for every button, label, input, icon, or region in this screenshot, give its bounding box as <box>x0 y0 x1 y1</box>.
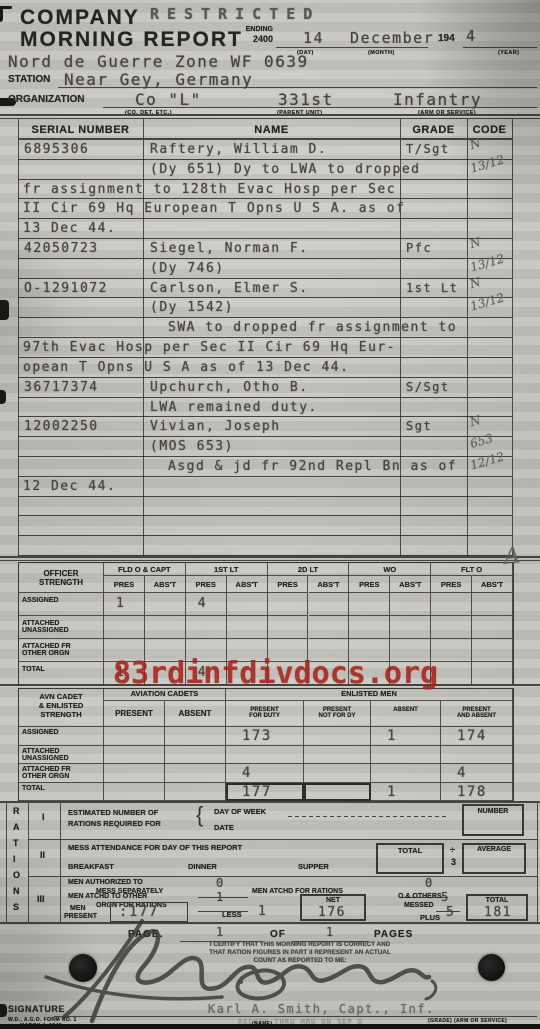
grade-value: S/Sgt <box>406 380 450 394</box>
men-present-label1: MEN <box>70 905 86 912</box>
roster-row <box>18 516 512 536</box>
entry-text: Raftery, William D. <box>150 142 327 157</box>
handwritten-annotation: A <box>503 543 521 570</box>
roster-row: Asgd & jd fr 92nd Repl Bn as of12/12 <box>18 457 512 477</box>
month-label: (MONTH) <box>368 50 395 56</box>
roster-row: (Dy 1542)13/12 <box>18 298 512 318</box>
roster-row: II Cir 69 Hq European T Opns U S A. as o… <box>18 199 512 219</box>
avn-cell <box>165 764 226 783</box>
entry-text: Siegel, Norman F. <box>150 241 309 256</box>
avn-strength-title: AVN CADET & ENLISTED STRENGTH <box>19 689 104 727</box>
avn-cell: 4 <box>441 764 513 783</box>
organization-label: ORGANIZATION <box>8 94 84 105</box>
rations-letter: I <box>13 854 16 864</box>
officer-row-label: TOTAL <box>19 662 104 685</box>
year-printed: 194 <box>438 33 455 44</box>
entry-continuation-text: II Cir 69 Hq European T Opns U S A. as o… <box>23 201 405 216</box>
average-label: AVERAGE <box>464 846 524 853</box>
serial-number: 6895306 <box>24 142 89 157</box>
form-title-line1: COMPANY <box>20 6 140 30</box>
avn-column-header: PRESENT FOR DUTY <box>226 701 304 727</box>
rations-total-value: 181 <box>484 905 512 920</box>
section-numeral-1: I <box>42 812 45 822</box>
org-parent-value: 331st <box>278 90 334 109</box>
avn-cell <box>165 783 226 802</box>
officer-cell <box>145 593 186 616</box>
date-year-value: 4 <box>466 27 477 45</box>
roster-row: SWA to dropped fr assignment to <box>18 318 512 338</box>
roster-row <box>18 497 512 517</box>
atchd-rations-value: 0 <box>425 876 434 890</box>
officer-cell <box>268 593 309 616</box>
avn-cell: 173 <box>226 727 304 746</box>
rations-letter: O <box>13 870 20 880</box>
scan-artifact <box>0 6 3 22</box>
officer-cell: 1 <box>104 593 145 616</box>
avn-cell <box>104 764 165 783</box>
officer-cell <box>472 662 513 685</box>
signature-label: SIGNATURE <box>8 1004 65 1014</box>
officer-cell <box>390 616 431 639</box>
others-messed-value: 5 <box>441 890 450 904</box>
avn-column-header: PRESENT <box>104 701 165 727</box>
roster-row: 12 Dec 44. <box>18 477 512 497</box>
roster-row: (Dy 746)13/12 <box>18 259 512 279</box>
avn-cell <box>304 746 371 765</box>
avn-cell: 1 <box>371 783 441 802</box>
roster-row: opean T Opns U S A as of 13 Dec 44. <box>18 358 512 378</box>
roster-row: fr assignment to 128th Evac Hosp per Sec <box>18 180 512 200</box>
mess-total-box: TOTAL <box>376 843 444 874</box>
entry-text: Carlson, Elmer S. <box>150 281 309 296</box>
date-day-value: 14 <box>303 29 324 47</box>
officer-cell-value: 4 <box>198 596 207 611</box>
officer-subheader: PRES <box>268 576 309 593</box>
year-label: (YEAR) <box>498 50 519 56</box>
rations-letter: N <box>13 886 20 896</box>
officer-cell <box>186 616 227 639</box>
entry-continuation-text: 97th Evac Hosp per Sec II Cir 69 Hq Eur- <box>23 340 396 355</box>
day-of-week-label: DAY OF WEEK <box>214 807 266 816</box>
entry-text: Upchurch, Otho B. <box>150 380 309 395</box>
roster-row: (MOS 653)653 <box>18 437 512 457</box>
officer-subheader: ABS'T <box>227 576 268 593</box>
avn-row-label: ASSIGNED <box>19 727 104 746</box>
net-label: NET <box>302 897 364 904</box>
auth-mess-value: 0 <box>216 876 225 890</box>
divide-symbol: ÷ <box>450 845 455 855</box>
officer-group-header: FLD O & CAPT <box>104 563 186 576</box>
officer-cell <box>472 639 513 662</box>
roster-header-grade: GRADE <box>400 124 467 136</box>
officer-subheader: ABS'T <box>390 576 431 593</box>
rations-est-label1: ESTIMATED NUMBER OF <box>68 808 158 817</box>
avn-cell: 177 <box>226 783 304 802</box>
officer-row-label: ASSIGNED <box>19 593 104 616</box>
divisor-value: 3 <box>451 857 456 867</box>
entry-text: (Dy 1542) <box>150 300 234 315</box>
avn-cell <box>304 764 371 783</box>
entry-text: SWA to dropped fr assignment to <box>168 320 457 335</box>
mess-attendance-label: MESS ATTENDANCE FOR DAY OF THIS REPORT <box>68 843 242 852</box>
roster-row <box>18 536 512 556</box>
officer-subheader: ABS'T <box>309 576 350 593</box>
average-box: AVERAGE <box>462 843 526 874</box>
roster-row: 97th Evac Hosp per Sec II Cir 69 Hq Eur- <box>18 338 512 358</box>
officer-row-label: ATTACHED UNASSIGNED <box>19 616 104 639</box>
org-arm-value: Infantry <box>393 90 482 109</box>
officer-cell <box>309 593 350 616</box>
officer-cell <box>390 593 431 616</box>
avn-cell <box>104 746 165 765</box>
avn-cell-value: 174 <box>457 728 487 744</box>
rations-total-label: TOTAL <box>468 897 526 904</box>
officer-subheader: PRES <box>349 576 390 593</box>
avn-row-label: ATTACHED FR OTHER ORGN <box>19 764 104 783</box>
roster-row: 36717374Upchurch, Otho B.S/Sgt <box>18 378 512 398</box>
date-field-label: DATE <box>214 823 234 832</box>
officer-cell <box>349 593 390 616</box>
scan-artifact <box>0 390 6 404</box>
avn-cell <box>165 727 226 746</box>
avn-cell <box>304 783 371 802</box>
entry-text: (Dy 651) Dy to LWA to dropped <box>150 162 420 177</box>
entry-continuation-text: fr assignment to 128th Evac Hosp per Sec <box>23 182 396 197</box>
morning-report-form: COMPANY MORNING REPORT RESTRICTED ENDING… <box>0 0 540 1029</box>
scan-artifact <box>0 300 9 320</box>
avn-cell: 178 <box>441 783 513 802</box>
officer-cell <box>227 616 268 639</box>
roster-row: LWA remained duty. <box>18 398 512 418</box>
zone-line: Nord de Guerre Zone WF 0639 <box>8 52 309 71</box>
officer-cell <box>431 616 472 639</box>
officer-subheader: PRES <box>186 576 227 593</box>
officer-group-header: WO <box>349 563 431 576</box>
grade-value: T/Sgt <box>406 142 450 156</box>
roster-row: (Dy 651) Dy to LWA to dropped13/12 <box>18 160 512 180</box>
roster-row: 6895306Raftery, William D.T/SgtN <box>18 140 512 160</box>
officer-strength-title: OFFICER STRENGTH <box>19 563 104 593</box>
officer-cell <box>431 593 472 616</box>
avn-cell <box>371 746 441 765</box>
officer-group-header: 2D LT <box>268 563 350 576</box>
avn-cell-value: 4 <box>242 765 252 781</box>
officer-cell: 4 <box>186 593 227 616</box>
serial-number: O-1291072 <box>24 281 108 296</box>
station-value: Near Gey, Germany <box>64 70 253 89</box>
serial-number: 42050723 <box>24 241 99 256</box>
section-numeral-3: III <box>37 894 45 904</box>
auth-mess-label1: MEN AUTHORIZED TO <box>68 879 143 886</box>
enlisted-strength-table: AVN CADET & ENLISTED STRENGTHAVIATION CA… <box>18 688 514 802</box>
avn-cell <box>226 746 304 765</box>
avn-cell-value: 173 <box>242 728 272 744</box>
grade-value: Sgt <box>406 419 432 433</box>
station-label: STATION <box>8 74 50 85</box>
officer-group-header: 1ST LT <box>186 563 268 576</box>
signed-name-typed: Karl A. Smith, Capt., Inf. <box>208 1002 435 1016</box>
atchd-other-label1: MEN ATCHD TO OTHER <box>68 893 147 900</box>
avn-cell-value: 178 <box>457 784 487 800</box>
officer-cell <box>349 616 390 639</box>
roster-row: 12002250Vivian, JosephSgtN <box>18 417 512 437</box>
section-numeral-2: II <box>40 850 45 860</box>
ending-label: ENDING <box>237 26 273 33</box>
officer-subheader: PRES <box>431 576 472 593</box>
officer-row-label: ATTACHED FR OTHER ORGN <box>19 639 104 662</box>
avn-cell <box>104 783 165 802</box>
dinner-label: DINNER <box>188 862 217 871</box>
officer-cell <box>472 593 513 616</box>
entry-continuation-text: 12 Dec 44. <box>23 479 116 494</box>
website-watermark: 83rdinfdivdocs.org <box>113 656 438 691</box>
rations-letter: T <box>13 838 19 848</box>
roster-row: 13 Dec 44. <box>18 219 512 239</box>
rations-letter: S <box>13 902 19 912</box>
org-unit-value: Co "L" <box>135 90 202 109</box>
scan-bottom-edge <box>0 1024 540 1029</box>
avn-column-header: ABSENT <box>371 701 441 727</box>
others-messed-label2: MESSED <box>404 902 434 909</box>
avn-cell-value: 4 <box>457 765 467 781</box>
serial-number: 36717374 <box>24 380 99 395</box>
number-label: NUMBER <box>464 808 522 815</box>
breakfast-label: BREAKFAST <box>68 862 114 871</box>
atchd-other-value: 1 <box>216 890 225 904</box>
others-messed-label1: O & OTHERS <box>398 893 442 900</box>
grade-value: Pfc <box>406 241 432 255</box>
scan-artifact <box>0 1004 7 1017</box>
entry-continuation-text: opean T Opns U S A as of 13 Dec 44. <box>23 360 349 375</box>
avn-cell-value: 177 <box>242 784 272 800</box>
supper-label: SUPPER <box>298 862 329 871</box>
roster-header-serial: SERIAL NUMBER <box>18 124 143 136</box>
officer-cell <box>145 616 186 639</box>
avn-cell-value: 1 <box>387 728 397 744</box>
avn-column-header: ABSENT <box>165 701 226 727</box>
entry-text: Asgd & jd fr 92nd Repl Bn as of <box>168 459 457 474</box>
entry-text: Vivian, Joseph <box>150 419 281 434</box>
avn-column-header: PRESENT AND ABSENT <box>441 701 513 727</box>
entry-text: (MOS 653) <box>150 439 234 454</box>
date-month-value: December <box>350 29 434 47</box>
avn-column-header: PRESENT NOT FOR DY <box>304 701 371 727</box>
rations-letter: A <box>13 822 20 832</box>
officer-subheader: ABS'T <box>472 576 513 593</box>
avn-cell: 174 <box>441 727 513 746</box>
avn-row-label: ATTACHED UNASSIGNED <box>19 746 104 765</box>
entry-continuation-text: 13 Dec 44. <box>23 221 116 236</box>
brace-glyph: { <box>196 802 203 828</box>
avn-cell-value: 1 <box>387 784 397 800</box>
roster-row: 42050723Siegel, Norman F.PfcN <box>18 239 512 259</box>
officer-cell <box>104 616 145 639</box>
officer-cell-value: 1 <box>116 596 125 611</box>
number-box: NUMBER <box>462 804 524 836</box>
punch-hole-right <box>478 954 505 981</box>
officer-group-header: FLT O <box>431 563 513 576</box>
avn-cell <box>165 746 226 765</box>
grade-value: 1st Lt <box>406 281 458 295</box>
officer-subheader: ABS'T <box>145 576 186 593</box>
serial-number: 12002250 <box>24 419 99 434</box>
rations-est-label2: RATIONS REQUIRED FOR <box>68 819 161 828</box>
officer-cell <box>268 616 309 639</box>
avn-cell <box>304 727 371 746</box>
avn-cell: 1 <box>371 727 441 746</box>
roster-header-code: CODE <box>467 124 512 136</box>
rations-letter: R <box>13 806 20 816</box>
restricted-stamp: RESTRICTED <box>150 5 320 23</box>
entry-text: LWA remained duty. <box>150 400 318 415</box>
officer-cell <box>227 593 268 616</box>
form-title-line2: MORNING REPORT <box>20 28 243 52</box>
roster-header-name: NAME <box>143 124 400 136</box>
roster-row: O-1291072Carlson, Elmer S.1st LtN <box>18 279 512 299</box>
ending-time: 2400 <box>237 34 273 44</box>
mess-total-label: TOTAL <box>378 846 442 855</box>
avn-cell <box>441 746 513 765</box>
avn-cell: 4 <box>226 764 304 783</box>
avn-cell <box>371 764 441 783</box>
avn-row-label: TOTAL <box>19 783 104 802</box>
officer-cell <box>309 616 350 639</box>
officer-subheader: PRES <box>104 576 145 593</box>
entry-text: (Dy 746) <box>150 261 225 276</box>
officer-cell <box>472 616 513 639</box>
avn-cell <box>104 727 165 746</box>
